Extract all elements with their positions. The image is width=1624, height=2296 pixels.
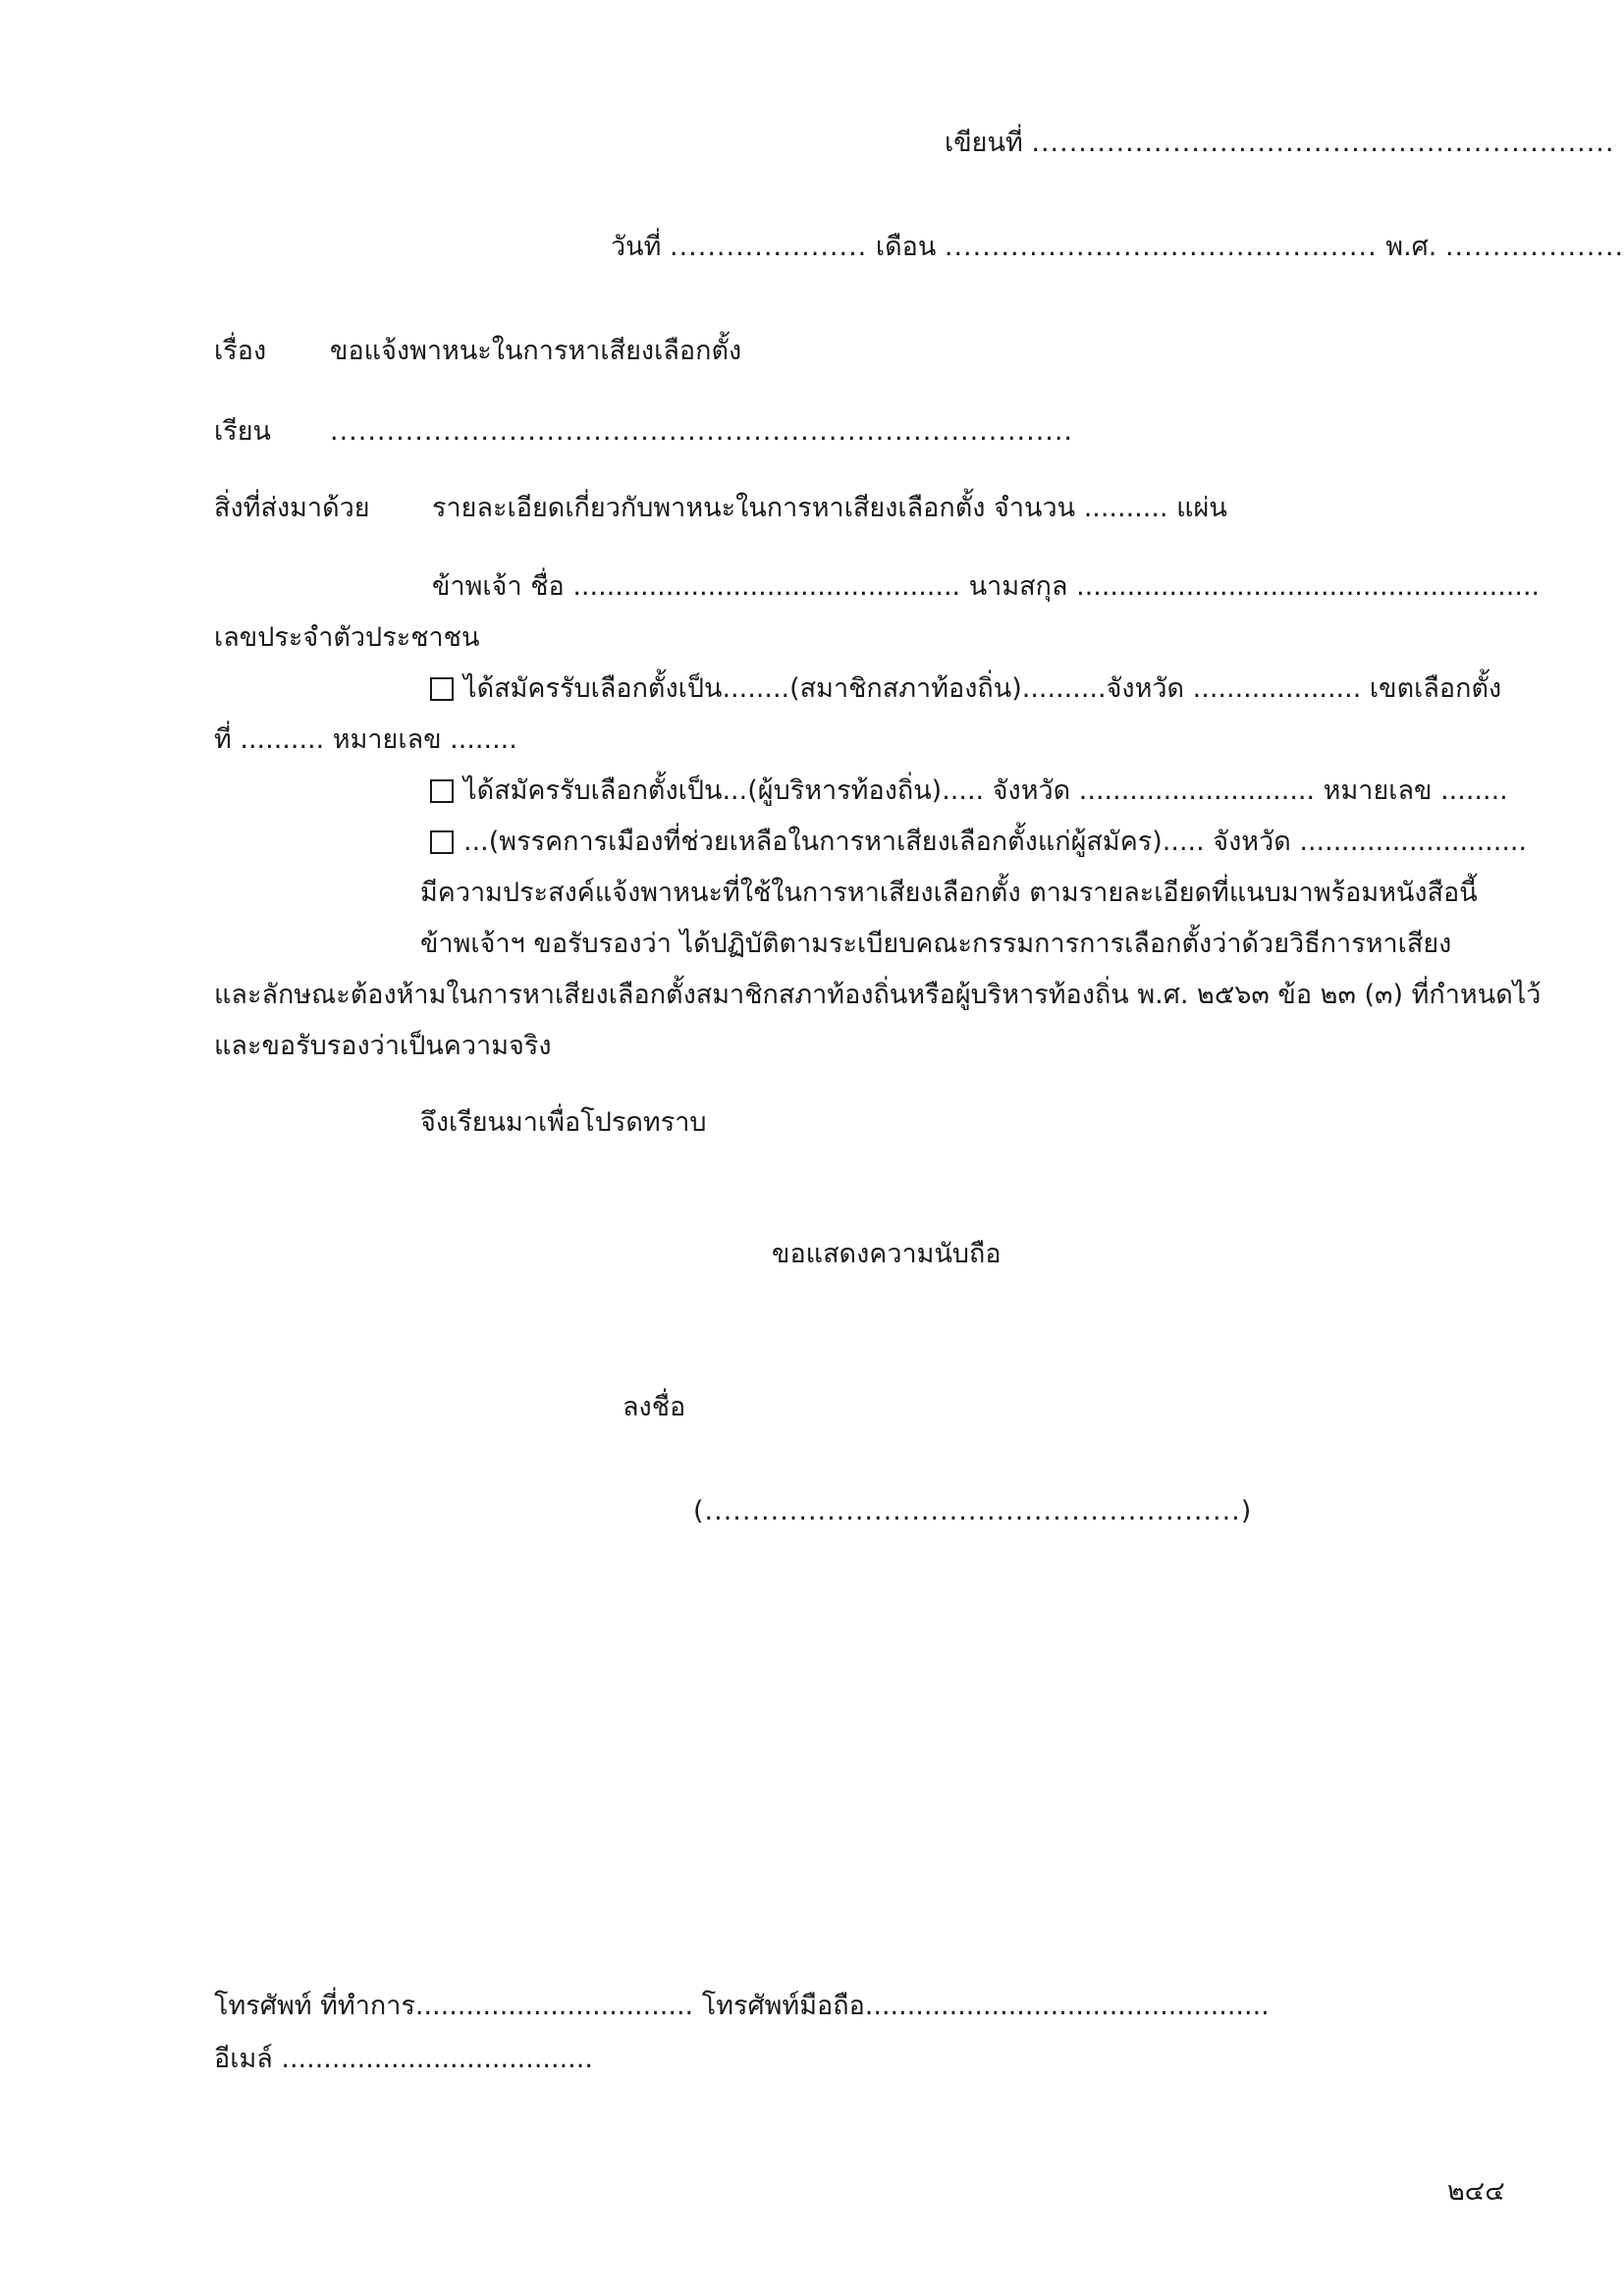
certify-text-2: และลักษณะต้องห้ามในการหาเสียงเลือกตั้งสม… [214,980,1541,1010]
closing-request-line: จึงเรียนมาเพื่อโปรดทราบ [420,1105,707,1141]
regards-line: ขอแสดงความนับถือ [772,1237,1001,1272]
enclosure-label: สิ่งที่ส่งมาด้วย [214,491,432,526]
to-label: เรียน [214,414,330,450]
citizen-id-label: เลขประจำตัวประชาชน [214,622,479,653]
closing-request-text: จึงเรียนมาเพื่อโปรดทราบ [420,1107,707,1138]
certify-line-1: ข้าพเจ้าฯ ขอรับรองว่า ได้ปฏิบัติตามระเบี… [420,927,1451,962]
date-label: วันที่ [611,232,661,262]
sign-label: ลงชื่อ [623,1392,685,1422]
date-line: วันที่ ..................... เดือน .....… [611,230,1624,265]
certify-line-3: และขอรับรองว่าเป็นความจริง [214,1029,552,1064]
sign-line: ลงชื่อ [623,1390,685,1425]
to-line: เรียน...................................… [214,414,1073,450]
written-at-line: เขียนที่ ...............................… [945,126,1614,161]
purpose-text: มีความประสงค์แจ้งพาหนะที่ใช้ในการหาเสียง… [420,878,1478,908]
phone-line: โทรศัพท์ ที่ทำการ.......................… [214,1989,1270,2024]
phone-fields[interactable]: โทรศัพท์ ที่ทำการ.......................… [214,1991,1270,2021]
enclosure-line: สิ่งที่ส่งมาด้วยรายละเอียดเกี่ยวกับพาหนะ… [214,491,1227,526]
year-field[interactable]: ........................ [1445,232,1624,262]
date-field[interactable]: ..................... [670,232,867,262]
checkbox-local-council[interactable] [430,677,454,701]
option-local-council: ได้สมัครรับเลือกตั้งเป็น........(สมาชิกส… [430,671,1501,707]
subject-text: ขอแจ้งพาหนะในการหาเสียงเลือกตั้ง [330,336,741,366]
email-field[interactable]: อีเมล์ .................................… [214,2044,593,2074]
month-field[interactable]: ........................................… [945,232,1378,262]
subject-label: เรื่อง [214,334,330,369]
option-local-executive-text: ได้สมัครรับเลือกตั้งเป็น...(ผู้บริหารท้อ… [463,775,1508,806]
checkbox-political-party[interactable] [430,830,454,854]
year-label: พ.ศ. [1385,232,1436,262]
to-field[interactable]: ........................................… [330,416,1073,447]
option-local-council-continuation: ที่ .......... หมายเลข ........ [214,724,517,755]
month-label: เดือน [876,232,936,262]
option-local-council-cont: ที่ .......... หมายเลข ........ [214,722,517,758]
certify-text-1: ข้าพเจ้าฯ ขอรับรองว่า ได้ปฏิบัติตามระเบี… [420,929,1451,959]
email-line: อีเมล์ .................................… [214,2042,593,2077]
option-local-executive: ได้สมัครรับเลือกตั้งเป็น...(ผู้บริหารท้อ… [430,774,1508,809]
signer-name-line: (.......................................… [693,1494,1252,1529]
checkbox-local-executive[interactable] [430,779,454,803]
option-political-party-text: ...(พรรคการเมืองที่ช่วยเหลือในการหาเสียง… [463,827,1527,857]
applicant-name-line[interactable]: ข้าพเจ้า ชื่อ ..........................… [432,569,1540,605]
enclosure-text: รายละเอียดเกี่ยวกับพาหนะในการหาเสียงเลือ… [432,493,1227,523]
certify-line-2: และลักษณะต้องห้ามในการหาเสียงเลือกตั้งสม… [214,978,1541,1013]
written-at-field[interactable]: ........................................… [1031,128,1614,158]
option-local-council-text: ได้สมัครรับเลือกตั้งเป็น........(สมาชิกส… [463,673,1501,704]
certify-text-3: และขอรับรองว่าเป็นความจริง [214,1031,552,1061]
applicant-name-fields[interactable]: ข้าพเจ้า ชื่อ ..........................… [432,571,1540,602]
purpose-line: มีความประสงค์แจ้งพาหนะที่ใช้ในการหาเสียง… [420,876,1478,911]
citizen-id-line: เลขประจำตัวประชาชน [214,620,479,656]
subject-line: เรื่องขอแจ้งพาหนะในการหาเสียงเลือกตั้ง [214,334,741,369]
signer-name-field[interactable]: (.......................................… [693,1496,1252,1526]
regards-text: ขอแสดงความนับถือ [772,1239,1001,1269]
page-number: ๒๔๔ [1447,2169,1505,2212]
option-political-party: ...(พรรคการเมืองที่ช่วยเหลือในการหาเสียง… [430,825,1527,860]
written-at-label: เขียนที่ [945,128,1023,158]
